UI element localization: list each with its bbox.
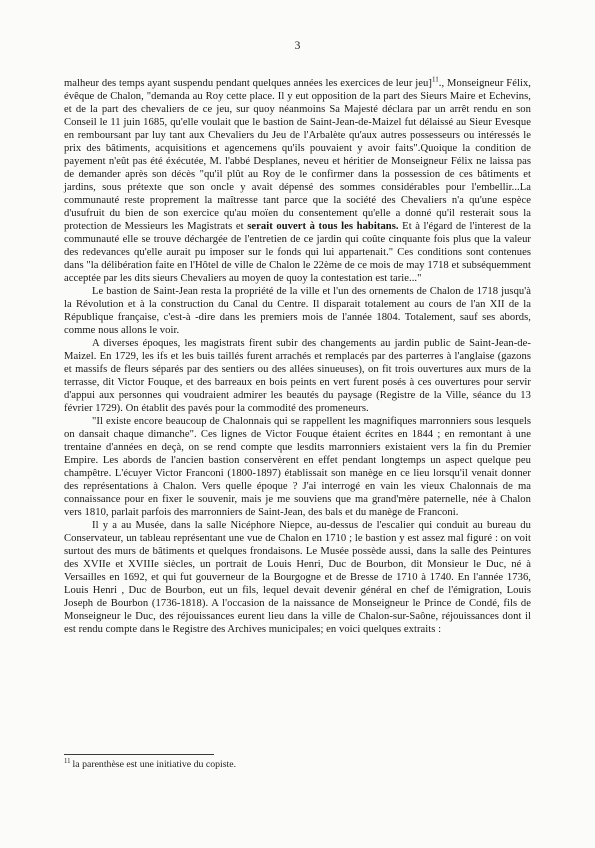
bold-run: serait ouvert à tous les habitans. bbox=[247, 221, 398, 232]
text-run: Il y a au Musée, dans la salle Nicéphore… bbox=[64, 520, 531, 635]
footnote-text: la parenthèse est une initiative du copi… bbox=[73, 759, 237, 770]
document-body: malheur des temps ayant suspendu pendant… bbox=[64, 77, 531, 636]
text-run: A diverses époques, les magistrats firen… bbox=[64, 338, 531, 414]
footnote-marker: 11 bbox=[64, 758, 71, 765]
text-run: Le bastion de Saint-Jean resta la propri… bbox=[64, 286, 531, 336]
paragraph: malheur des temps ayant suspendu pendant… bbox=[64, 77, 531, 285]
paragraph: A diverses époques, les magistrats firen… bbox=[64, 337, 531, 415]
footnote: 11la parenthèse est une initiative du co… bbox=[64, 759, 531, 771]
paragraph: Le bastion de Saint-Jean resta la propri… bbox=[64, 285, 531, 337]
text-run: malheur des temps ayant suspendu pendant… bbox=[64, 78, 432, 89]
document-page: 3 malheur des temps ayant suspendu penda… bbox=[0, 0, 595, 848]
paragraph: Il y a au Musée, dans la salle Nicéphore… bbox=[64, 519, 531, 636]
text-run: ., Monseigneur Félix, évêque de Chalon, … bbox=[64, 78, 531, 232]
footnote-reference: 11 bbox=[432, 75, 439, 83]
text-run: "Il existe encore beaucoup de Chalonnais… bbox=[64, 416, 531, 518]
footnote-separator bbox=[64, 754, 214, 755]
page-number: 3 bbox=[0, 40, 595, 52]
paragraph: "Il existe encore beaucoup de Chalonnais… bbox=[64, 415, 531, 519]
